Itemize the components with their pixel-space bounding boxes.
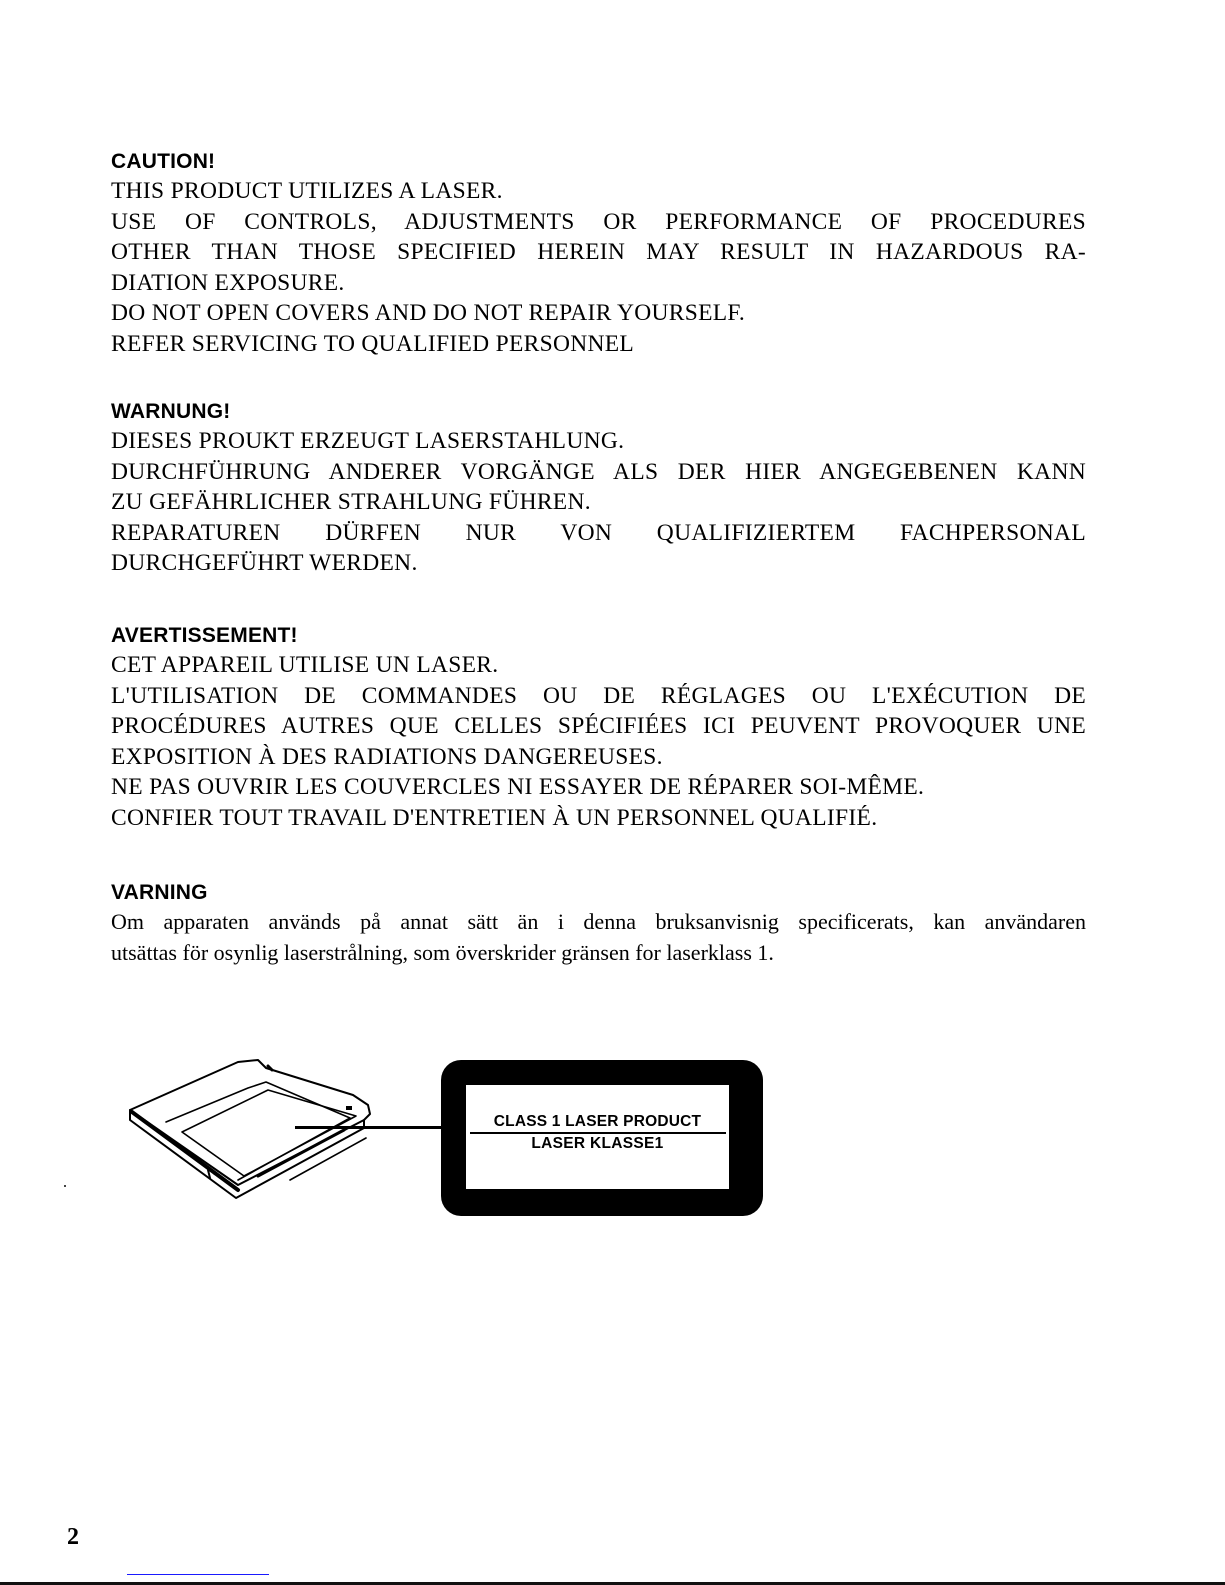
- laser-class-label: CLASS 1 LASER PRODUCT LASER KLASSE1: [441, 1060, 763, 1216]
- bottom-blue-line: [127, 1574, 269, 1575]
- avertissement-line: PROCÉDURES AUTRES QUE CELLES SPÉCIFIÉES …: [111, 711, 1086, 742]
- warnung-line: REPARATUREN DÜRFEN NUR VON QUALIFIZIERTE…: [111, 518, 1086, 549]
- caution-line: THIS PRODUCT UTILIZES A LASER.: [111, 176, 1091, 207]
- warnung-heading: WARNUNG!: [111, 398, 1091, 426]
- avertissement-heading: AVERTISSEMENT!: [111, 622, 1091, 650]
- avertissement-line: EXPOSITION À DES RADIATIONS DANGEREUSES.: [111, 742, 1091, 773]
- caution-section: CAUTION! THIS PRODUCT UTILIZES A LASER. …: [111, 148, 1091, 359]
- avertissement-line: NE PAS OUVRIR LES COUVERCLES NI ESSAYER …: [111, 772, 1091, 803]
- warnung-line: DURCHGEFÜHRT WERDEN.: [111, 548, 1091, 579]
- avertissement-line: CONFIER TOUT TRAVAIL D'ENTRETIEN À UN PE…: [111, 803, 1091, 834]
- caution-line: DIATION EXPOSURE.: [111, 268, 1091, 299]
- optical-drive-icon: [118, 1050, 458, 1200]
- warnung-line: DIESES PROUKT ERZEUGT LASERSTAHLUNG.: [111, 426, 1091, 457]
- caution-line: OTHER THAN THOSE SPECIFIED HEREIN MAY RE…: [111, 237, 1086, 268]
- caution-line: USE OF CONTROLS, ADJUSTMENTS OR PERFORMA…: [111, 207, 1086, 238]
- warnung-line: DURCHFÜHRUNG ANDERER VORGÄNGE ALS DER HI…: [111, 457, 1086, 488]
- warnung-line: ZU GEFÄHRLICHER STRAHLUNG FÜHREN.: [111, 487, 1091, 518]
- varning-section: VARNING Om apparaten används på annat sä…: [111, 879, 1091, 968]
- caution-line: REFER SERVICING TO QUALIFIED PERSONNEL: [111, 329, 1091, 360]
- avertissement-line: CET APPAREIL UTILISE UN LASER.: [111, 650, 1091, 681]
- varning-line: utsättas för osynlig laserstrålning, som…: [111, 938, 1091, 969]
- laser-class-label-inner: CLASS 1 LASER PRODUCT LASER KLASSE1: [466, 1085, 729, 1189]
- scan-artifact: [64, 1185, 66, 1187]
- caution-heading: CAUTION!: [111, 148, 1091, 176]
- label-klasse-text: LASER KLASSE1: [466, 1134, 729, 1154]
- varning-heading: VARNING: [111, 879, 1091, 907]
- label-class-text: CLASS 1 LASER PRODUCT: [470, 1113, 726, 1134]
- page-number: 2: [67, 1525, 79, 1549]
- avertissement-section: AVERTISSEMENT! CET APPAREIL UTILISE UN L…: [111, 622, 1091, 833]
- warnung-section: WARNUNG! DIESES PROUKT ERZEUGT LASERSTAH…: [111, 398, 1091, 579]
- avertissement-line: L'UTILISATION DE COMMANDES OU DE RÉGLAGE…: [111, 681, 1086, 712]
- leader-line: [295, 1126, 445, 1129]
- caution-line: DO NOT OPEN COVERS AND DO NOT REPAIR YOU…: [111, 298, 1091, 329]
- varning-line: Om apparaten används på annat sätt än i …: [111, 907, 1086, 938]
